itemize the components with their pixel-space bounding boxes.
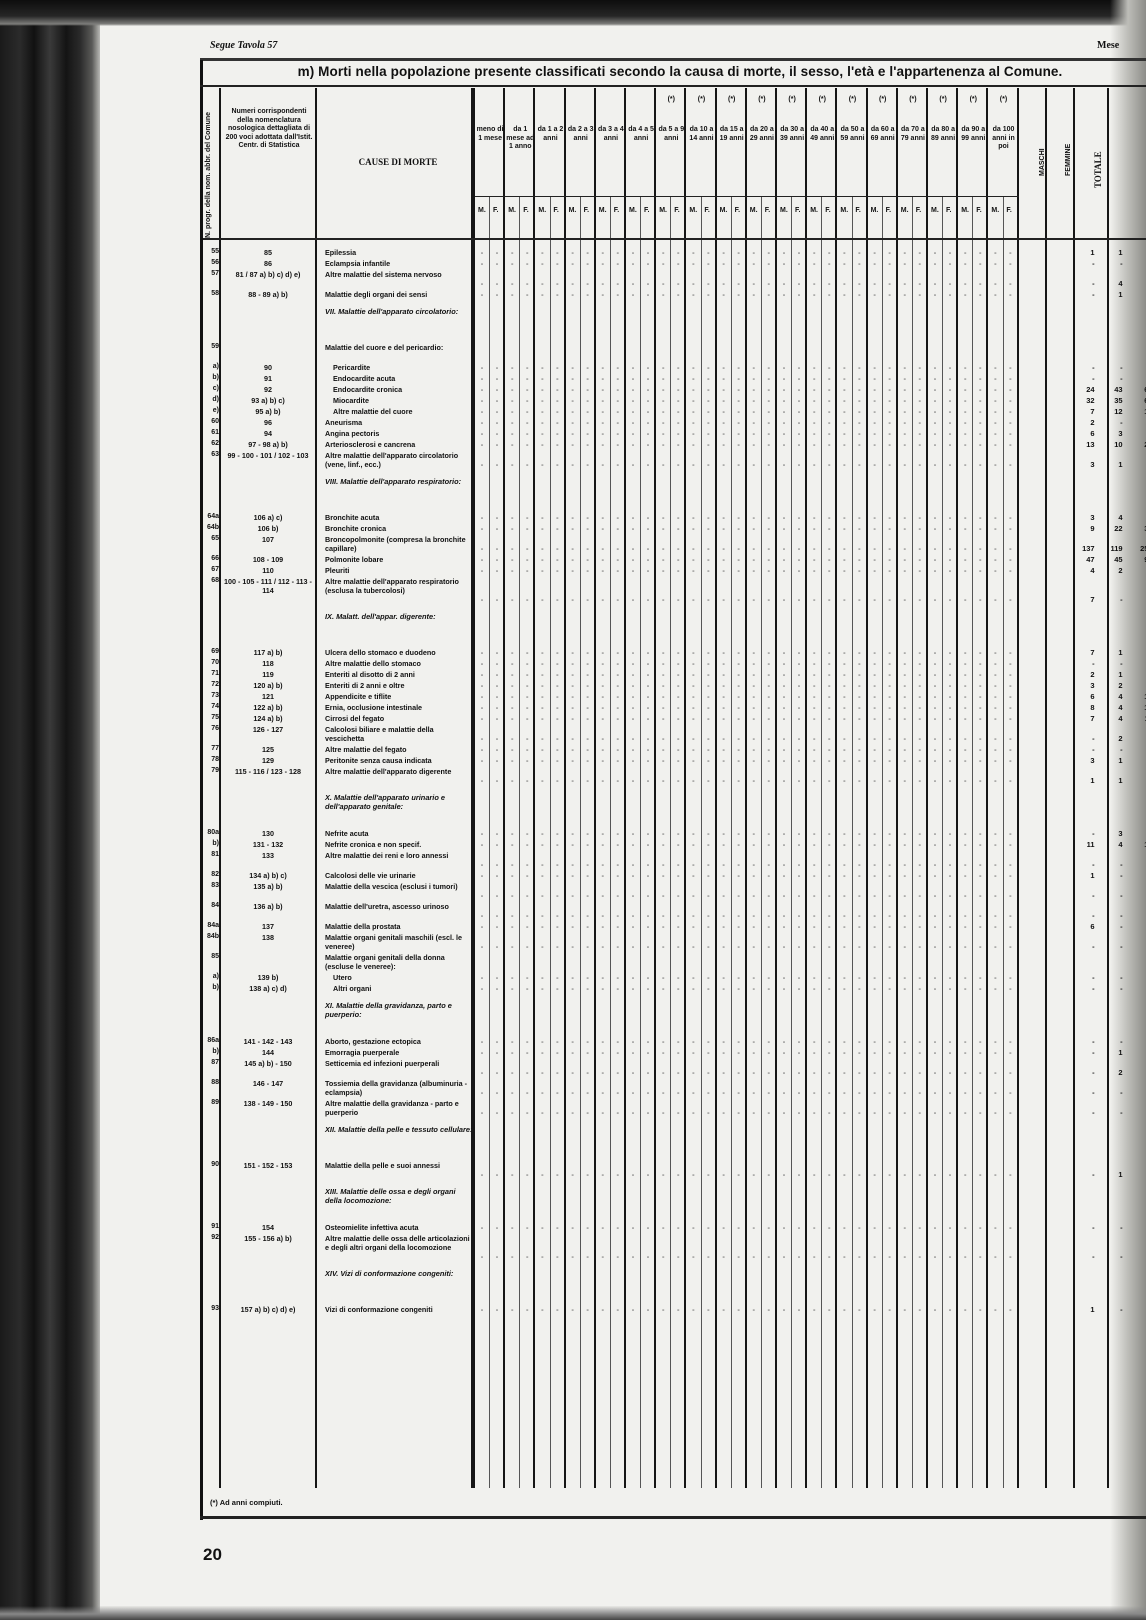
age-cell: - xyxy=(943,248,957,257)
row-total: 67 xyxy=(1129,385,1146,394)
age-cell: - xyxy=(701,555,715,564)
age-cell: - xyxy=(822,973,836,982)
age-cell: - xyxy=(988,942,1002,951)
row-total-femmine: 12 xyxy=(1099,407,1123,416)
age-cell: - xyxy=(656,259,670,268)
age-cell: - xyxy=(732,745,746,754)
age-cell: - xyxy=(777,840,791,849)
row-cause: Calcolosi biliare e malattie della vesci… xyxy=(325,725,473,743)
age-cell: - xyxy=(777,363,791,372)
age-cell: - xyxy=(868,922,882,931)
age-cell: - xyxy=(807,891,821,900)
age-cell: - xyxy=(626,1108,640,1117)
sex-label-m: M. xyxy=(569,207,577,214)
age-cell: - xyxy=(701,1088,715,1097)
table-row: a)90Pericardite-------------------------… xyxy=(203,363,1146,373)
age-cell: - xyxy=(973,1037,987,1046)
row-total-femmine: - xyxy=(1099,984,1123,993)
age-cell: - xyxy=(837,396,851,405)
age-cell: - xyxy=(656,984,670,993)
age-cell: - xyxy=(988,385,1002,394)
age-cell: - xyxy=(807,922,821,931)
age-cell: - xyxy=(611,692,625,701)
row-cause: Altre malattie dello stomaco xyxy=(325,659,473,668)
row-nomenclature: 144 xyxy=(223,1048,313,1057)
age-cell: - xyxy=(762,659,776,668)
age-cell: - xyxy=(792,692,806,701)
age-cell: - xyxy=(868,659,882,668)
age-cell: - xyxy=(792,829,806,838)
age-cell: - xyxy=(581,703,595,712)
age-cell: - xyxy=(852,984,866,993)
age-cell: - xyxy=(807,290,821,299)
age-cell: - xyxy=(581,1048,595,1057)
age-cell: - xyxy=(686,745,700,754)
age-cell: - xyxy=(656,1305,670,1314)
age-cell: - xyxy=(581,544,595,553)
age-cell: - xyxy=(943,984,957,993)
age-cell: - xyxy=(807,1252,821,1261)
age-cell: - xyxy=(898,734,912,743)
age-cell: - xyxy=(535,871,549,880)
age-cell: - xyxy=(535,595,549,604)
age-cell: - xyxy=(792,734,806,743)
age-cell: - xyxy=(732,1068,746,1077)
age-cell: - xyxy=(852,714,866,723)
age-cell: - xyxy=(566,1252,580,1261)
age-cell: - xyxy=(868,566,882,575)
age-cell: - xyxy=(611,734,625,743)
age-cell: - xyxy=(611,418,625,427)
age-cell: - xyxy=(475,1305,489,1314)
age-cell: - xyxy=(973,1088,987,1097)
age-cell: - xyxy=(717,407,731,416)
age-cell: - xyxy=(928,973,942,982)
age-cell: - xyxy=(490,860,504,869)
age-cell: - xyxy=(581,648,595,657)
age-cell: - xyxy=(686,776,700,785)
age-cell: - xyxy=(566,374,580,383)
row-total-femmine: - xyxy=(1099,871,1123,880)
age-cell: - xyxy=(913,396,927,405)
age-cell: - xyxy=(883,911,897,920)
age-cell: - xyxy=(535,860,549,869)
age-cell: - xyxy=(475,714,489,723)
age-cell: - xyxy=(988,1068,1002,1077)
age-cell: - xyxy=(671,829,685,838)
age-cell: - xyxy=(490,1088,504,1097)
age-cell: - xyxy=(988,374,1002,383)
age-cell: - xyxy=(535,460,549,469)
row-nomenclature: 85 xyxy=(223,248,313,257)
age-cell: - xyxy=(535,829,549,838)
age-cell: - xyxy=(686,385,700,394)
age-cell: - xyxy=(958,279,972,288)
age-cell: - xyxy=(837,891,851,900)
age-cell: - xyxy=(505,1252,519,1261)
age-cell: - xyxy=(490,1170,504,1179)
age-cell: - xyxy=(868,555,882,564)
age-cell: - xyxy=(988,703,1002,712)
sex-label-m: M. xyxy=(840,207,848,214)
row-total-femmine: - xyxy=(1099,1037,1123,1046)
table-row: c)92Endocardite cronica-----------------… xyxy=(203,385,1146,395)
age-cell: - xyxy=(505,860,519,869)
age-cell: - xyxy=(566,544,580,553)
age-cell: - xyxy=(898,714,912,723)
age-note: (*) xyxy=(898,96,928,105)
age-cell: - xyxy=(777,374,791,383)
age-cell: - xyxy=(490,734,504,743)
age-cell: - xyxy=(913,290,927,299)
age-cell: - xyxy=(581,891,595,900)
age-cell: - xyxy=(807,714,821,723)
age-cell: - xyxy=(717,524,731,533)
age-cell: - xyxy=(717,385,731,394)
row-cause: Enteriti di 2 anni e oltre xyxy=(325,681,473,690)
age-cell: - xyxy=(792,1305,806,1314)
age-cell: - xyxy=(988,829,1002,838)
age-cell: - xyxy=(913,681,927,690)
age-cell: - xyxy=(566,860,580,869)
age-cell: - xyxy=(943,734,957,743)
age-cell: - xyxy=(520,734,534,743)
age-cell: - xyxy=(958,911,972,920)
age-cell: - xyxy=(581,279,595,288)
age-cell: - xyxy=(807,429,821,438)
age-cell: - xyxy=(777,734,791,743)
age-cell: - xyxy=(656,513,670,522)
age-cell: - xyxy=(747,385,761,394)
age-cell: - xyxy=(581,1068,595,1077)
age-cell: - xyxy=(520,279,534,288)
age-cell: - xyxy=(762,756,776,765)
age-cell: - xyxy=(732,374,746,383)
age-cell: - xyxy=(566,734,580,743)
age-cell: - xyxy=(822,429,836,438)
age-cell: - xyxy=(490,460,504,469)
age-cell: - xyxy=(928,659,942,668)
age-cell: - xyxy=(928,429,942,438)
row-total-maschi: - xyxy=(1071,745,1095,754)
age-cell: - xyxy=(581,440,595,449)
row-cause: Altre malattie del sistema nervoso xyxy=(325,270,473,279)
age-cell: - xyxy=(490,681,504,690)
age-cell: - xyxy=(520,1170,534,1179)
age-cell: - xyxy=(686,524,700,533)
age-cell: - xyxy=(626,911,640,920)
age-cell: - xyxy=(490,776,504,785)
age-cell: - xyxy=(520,248,534,257)
age-cell: - xyxy=(475,659,489,668)
age-cell: - xyxy=(747,566,761,575)
age-cell: - xyxy=(717,776,731,785)
age-cell: - xyxy=(626,984,640,993)
age-cell: - xyxy=(973,734,987,743)
age-cell: - xyxy=(611,460,625,469)
age-cell: - xyxy=(762,776,776,785)
age-cell: - xyxy=(913,259,927,268)
age-cell: - xyxy=(913,595,927,604)
row-total-femmine: - xyxy=(1099,1108,1123,1117)
age-cell: - xyxy=(686,692,700,701)
row-cause: Cirrosi del fegato xyxy=(325,714,473,723)
row-nomenclature: 99 - 100 - 101 / 102 - 103 xyxy=(223,451,313,460)
row-prog-number: 78 xyxy=(205,756,219,763)
row-cause: Broncopolmonite (compresa la bronchite c… xyxy=(325,535,473,553)
table-row: 6399 - 100 - 101 / 102 - 103Altre malatt… xyxy=(203,451,1146,470)
age-cell: - xyxy=(747,363,761,372)
age-cell: - xyxy=(747,942,761,951)
age-cell: - xyxy=(913,891,927,900)
age-cell: - xyxy=(852,670,866,679)
age-cell: - xyxy=(868,973,882,982)
age-cell: - xyxy=(822,1223,836,1232)
age-cell: - xyxy=(943,440,957,449)
age-cell: - xyxy=(883,1068,897,1077)
age-cell: - xyxy=(686,363,700,372)
table-row: 64b106 b)Bronchite cronica--------------… xyxy=(203,524,1146,534)
age-cell: - xyxy=(747,1223,761,1232)
age-cell: - xyxy=(656,942,670,951)
age-cell: - xyxy=(671,1048,685,1057)
age-cell: - xyxy=(777,1305,791,1314)
age-cell: - xyxy=(732,1088,746,1097)
section-row: XII. Malattie della pelle e tessuto cell… xyxy=(203,1125,1146,1157)
age-cell: - xyxy=(505,1305,519,1314)
age-cell: - xyxy=(535,1223,549,1232)
age-cell: - xyxy=(505,973,519,982)
age-cell: - xyxy=(701,1048,715,1057)
age-cell: - xyxy=(566,248,580,257)
age-cell: - xyxy=(837,911,851,920)
row-total-maschi: 4 xyxy=(1071,566,1095,575)
age-cell: - xyxy=(490,692,504,701)
age-cell: - xyxy=(490,840,504,849)
age-cell: - xyxy=(898,1088,912,1097)
age-cell: - xyxy=(641,290,655,299)
age-cell: - xyxy=(837,871,851,880)
age-cell: - xyxy=(973,860,987,869)
age-cell: - xyxy=(747,1170,761,1179)
age-cell: - xyxy=(958,1068,972,1077)
age-cell: - xyxy=(868,829,882,838)
age-cell: - xyxy=(626,745,640,754)
row-total: - xyxy=(1129,1223,1146,1232)
age-cell: - xyxy=(611,544,625,553)
age-cell: - xyxy=(973,595,987,604)
age-cell: - xyxy=(581,1037,595,1046)
age-cell: - xyxy=(641,407,655,416)
row-total-maschi: 3 xyxy=(1071,460,1095,469)
age-cell: - xyxy=(958,440,972,449)
age-cell: - xyxy=(581,1223,595,1232)
age-cell: - xyxy=(566,745,580,754)
row-total-femmine: 3 xyxy=(1099,829,1123,838)
row-nomenclature: 129 xyxy=(223,756,313,765)
row-total-femmine: - xyxy=(1099,363,1123,372)
age-cell: - xyxy=(973,942,987,951)
age-cell: - xyxy=(596,659,610,668)
age-cell: - xyxy=(898,259,912,268)
age-cell: - xyxy=(883,385,897,394)
age-cell: - xyxy=(928,681,942,690)
age-cell: - xyxy=(837,829,851,838)
age-cell: - xyxy=(852,524,866,533)
age-cell: - xyxy=(913,1048,927,1057)
age-cell: - xyxy=(928,648,942,657)
age-cell: - xyxy=(973,429,987,438)
row-nomenclature: 88 - 89 a) b) xyxy=(223,290,313,299)
row-prog-number: 64b xyxy=(205,524,219,531)
age-cell: - xyxy=(596,1108,610,1117)
age-cell: - xyxy=(762,1305,776,1314)
age-cell: - xyxy=(837,1037,851,1046)
age-cell: - xyxy=(520,692,534,701)
age-cell: - xyxy=(1003,860,1017,869)
age-cell: - xyxy=(535,396,549,405)
sex-label-m: M. xyxy=(629,207,637,214)
age-cell: - xyxy=(792,374,806,383)
age-cell: - xyxy=(883,714,897,723)
sex-label-m: M. xyxy=(931,207,939,214)
row-total-maschi: 137 xyxy=(1071,544,1095,553)
age-cell: - xyxy=(641,942,655,951)
sex-label-m: M. xyxy=(478,207,486,214)
row-nomenclature: 125 xyxy=(223,745,313,754)
sex-label-f: F. xyxy=(584,207,589,214)
age-cell: - xyxy=(777,703,791,712)
header-rule xyxy=(203,238,1146,240)
age-cell: - xyxy=(747,648,761,657)
age-cell: - xyxy=(596,290,610,299)
age-cell: - xyxy=(973,363,987,372)
age-cell: - xyxy=(958,259,972,268)
age-cell: - xyxy=(792,595,806,604)
table-row: 86a141 - 142 - 143Aborto, gestazione ect… xyxy=(203,1037,1146,1047)
age-cell: - xyxy=(475,860,489,869)
age-cell: - xyxy=(475,396,489,405)
age-cell: - xyxy=(686,396,700,405)
age-cell: - xyxy=(943,460,957,469)
age-cell: - xyxy=(898,385,912,394)
age-cell: - xyxy=(883,840,897,849)
age-cell: - xyxy=(762,566,776,575)
age-cell: - xyxy=(837,513,851,522)
row-total-maschi: 32 xyxy=(1071,396,1095,405)
age-cell: - xyxy=(852,374,866,383)
age-cell: - xyxy=(581,385,595,394)
row-total: 1 xyxy=(1129,1048,1146,1057)
age-cell: - xyxy=(475,871,489,880)
age-cell: - xyxy=(520,418,534,427)
age-cell: - xyxy=(792,418,806,427)
age-cell: - xyxy=(490,396,504,405)
age-cell: - xyxy=(732,840,746,849)
age-cell: - xyxy=(792,922,806,931)
age-cell: - xyxy=(958,776,972,785)
age-cell: - xyxy=(973,248,987,257)
table-row: 75124 a) b)Cirrosi del fegato-----------… xyxy=(203,714,1146,724)
age-cell: - xyxy=(717,440,731,449)
table-row: 5686Eclampsia infantile-----------------… xyxy=(203,259,1146,269)
age-cell: - xyxy=(581,734,595,743)
age-cell: - xyxy=(792,566,806,575)
age-cell: - xyxy=(626,385,640,394)
age-cell: - xyxy=(883,595,897,604)
age-cell: - xyxy=(596,1068,610,1077)
age-cell: - xyxy=(520,840,534,849)
age-cell: - xyxy=(475,984,489,993)
age-cell: - xyxy=(883,860,897,869)
row-nomenclature: 107 xyxy=(223,535,313,544)
age-cell: - xyxy=(822,1037,836,1046)
row-total-maschi: - xyxy=(1071,973,1095,982)
age-cell: - xyxy=(550,871,564,880)
row-prog-number: 63 xyxy=(205,451,219,458)
table-row: 87145 a) b) - 150Setticemia ed infezioni… xyxy=(203,1059,1146,1078)
age-cell: - xyxy=(641,829,655,838)
row-prog-number: b) xyxy=(205,984,219,991)
age-cell: - xyxy=(852,891,866,900)
age-cell: - xyxy=(596,429,610,438)
row-nomenclature: 117 a) b) xyxy=(223,648,313,657)
table-row: b)91Endocardite acuta-------------------… xyxy=(203,374,1146,384)
age-cell: - xyxy=(898,973,912,982)
age-cell: - xyxy=(747,860,761,869)
row-total: 8 xyxy=(1129,648,1146,657)
age-cell: - xyxy=(792,942,806,951)
age-cell: - xyxy=(852,566,866,575)
age-cell: - xyxy=(852,1108,866,1117)
age-cell: - xyxy=(656,544,670,553)
age-cell: - xyxy=(883,290,897,299)
age-cell: - xyxy=(777,460,791,469)
age-cell: - xyxy=(701,1068,715,1077)
age-cell: - xyxy=(717,860,731,869)
row-cause: Malattie dell'uretra, ascesso urinoso xyxy=(325,902,473,911)
age-note: (*) xyxy=(928,96,958,105)
age-cell: - xyxy=(656,566,670,575)
age-cell: - xyxy=(792,513,806,522)
age-cell: - xyxy=(762,911,776,920)
row-nomenclature: 97 - 98 a) b) xyxy=(223,440,313,449)
age-cell: - xyxy=(822,745,836,754)
age-cell: - xyxy=(898,513,912,522)
row-total-femmine: - xyxy=(1099,1223,1123,1232)
age-cell: - xyxy=(505,429,519,438)
age-cell: - xyxy=(792,871,806,880)
age-cell: - xyxy=(807,911,821,920)
age-note: (*) xyxy=(656,96,686,105)
section-row: IX. Malatt. dell'appar. digerente: xyxy=(203,612,1146,644)
age-group-header: da 30 a 39 anni xyxy=(777,126,807,143)
age-cell: - xyxy=(762,1088,776,1097)
age-cell: - xyxy=(883,692,897,701)
age-cell: - xyxy=(520,1068,534,1077)
age-cell: - xyxy=(1003,396,1017,405)
age-cell: - xyxy=(928,595,942,604)
age-cell: - xyxy=(535,1048,549,1057)
age-cell: - xyxy=(777,429,791,438)
age-cell: - xyxy=(717,1048,731,1057)
age-cell: - xyxy=(596,279,610,288)
row-nomenclature: 86 xyxy=(223,259,313,268)
age-cell: - xyxy=(958,566,972,575)
age-cell: - xyxy=(520,891,534,900)
row-total-femmine: - xyxy=(1099,860,1123,869)
row-total: 6 xyxy=(1129,566,1146,575)
